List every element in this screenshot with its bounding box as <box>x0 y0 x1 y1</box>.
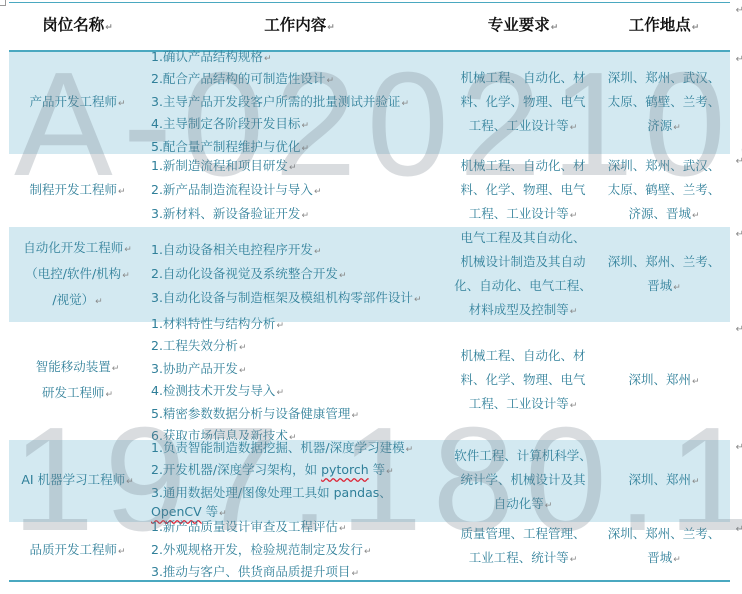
paragraph-mark: ↵ <box>673 123 681 133</box>
cell-line: 3.主导产品开发段客户所需的批量测试并验证↵ <box>151 92 448 115</box>
location-cell: 深圳、郑州、兰考、晋城↵ <box>598 227 730 322</box>
cell-text: 质量管理、工程管理、 <box>460 526 585 541</box>
cell-line: 料、化学、物理、电气 <box>460 368 585 392</box>
requirements-cell: 机械工程、自动化、材料、化学、物理、电气工程、工业设计等↵ <box>448 52 598 154</box>
cell-line: 深圳、郑州、兰考、 <box>608 522 721 546</box>
paragraph-mark: ↵ <box>570 211 578 221</box>
paragraph-mark: ↵ <box>239 343 247 353</box>
cell-text: 太原、鹤壁、兰考、 <box>608 94 721 109</box>
position-cell: 品质开发工程师↵ <box>9 522 146 580</box>
cell-text: 济源、晋城 <box>628 206 691 221</box>
cell-line: 工程、工业设计等↵ <box>469 202 578 228</box>
cell-text: 2.工程失效分析 <box>151 338 238 353</box>
cell-line: 深圳、郑州、武汉、 <box>608 154 721 178</box>
cell-text: /视觉） <box>52 292 94 307</box>
row-end-mark: ↵ <box>736 5 742 17</box>
paragraph-mark: ↵ <box>351 411 359 421</box>
position-cell: 自动化开发工程师↵（电控/软件/机构↵/视觉）↵ <box>9 227 146 322</box>
cell-line: 太原、鹤壁、兰考、 <box>608 90 721 114</box>
table-row: 智能移动装置↵研发工程师↵1.材料特性与结构分析↵2.工程失效分析↵3.协助产品… <box>9 322 730 440</box>
cell-text: 工业工程、统计等 <box>469 550 569 565</box>
cell-line: 制程开发工程师↵ <box>29 178 125 204</box>
cell-text: 3.新材料、新设备验证开发 <box>151 206 300 221</box>
cell-line: 2.外观规格开发，检验规范制定及发行↵ <box>151 540 448 563</box>
cell-text: 机械工程、自动化、材 <box>460 158 585 173</box>
header-position: 岗位名称↵ <box>9 13 146 40</box>
content-cell: 1.新产品质量设计审查及工程评估↵2.外观规格开发，检验规范制定及发行↵3.推动… <box>146 522 448 580</box>
location-cell: 深圳、郑州、兰考、晋城↵ <box>598 522 730 580</box>
paragraph-mark: ↵ <box>692 211 700 221</box>
cell-line: 电气工程及其自动化、 <box>460 226 585 250</box>
cell-line: 自动化等↵ <box>494 492 553 518</box>
cell-text: 材料成型及控制等 <box>469 302 569 317</box>
cell-line: 深圳、郑州、武汉、 <box>608 66 721 90</box>
paragraph-mark: ↵ <box>301 121 309 131</box>
location-cell: 深圳、郑州、武汉、太原、鹤壁、兰考、济源、晋城↵ <box>598 154 730 227</box>
paragraph-mark: ↵ <box>239 366 247 376</box>
cell-line: AI 机器学习工程师↵ <box>21 468 133 494</box>
cell-text: 4.主导制定各阶段开发目标 <box>151 116 300 131</box>
cell-line: 深圳、郑州↵ <box>628 368 699 394</box>
requirements-cell: 机械工程、自动化、材料、化学、物理、电气工程、工业设计等↵ <box>448 322 598 440</box>
cell-line: 晋城↵ <box>647 274 681 300</box>
cell-line: 机械设计制造及其自动 <box>460 250 585 274</box>
cell-line: 济源↵ <box>647 114 681 140</box>
cell-line: 晋城↵ <box>647 546 681 572</box>
cell-line: 4.主导制定各阶段开发目标↵ <box>151 114 448 137</box>
cell-text: 3.推动与客户、供货商品质提升项目 <box>151 564 350 579</box>
cell-line: 1.确认产品结构规格↵ <box>151 47 448 70</box>
requirements-cell: 电气工程及其自动化、机械设计制造及其自动化、自动化、电气工程、材料成型及控制等↵ <box>448 227 598 322</box>
row-end-mark: ↵ <box>736 229 742 241</box>
cell-text: 化、自动化、电气工程、 <box>454 278 592 293</box>
paragraph-mark: ↵ <box>314 187 322 197</box>
cell-line: 深圳、郑州↵ <box>628 468 699 494</box>
cell-text: 晋城 <box>647 550 672 565</box>
cell-line: （电控/软件/机构↵ <box>25 262 129 288</box>
cell-text: 制程开发工程师 <box>29 182 117 197</box>
paragraph-mark: ↵ <box>570 123 578 133</box>
cell-text: 2.自动化设备视觉及系统整合开发 <box>151 266 338 281</box>
paragraph-mark: ↵ <box>326 76 334 86</box>
cell-text: 机械设计制造及其自动 <box>460 254 585 269</box>
cell-text: 品质开发工程师 <box>29 542 117 557</box>
cell-text: 自动化等 <box>494 496 544 511</box>
position-cell: AI 机器学习工程师↵ <box>9 440 146 522</box>
cell-line: 软件工程、计算机科学、 <box>454 444 592 468</box>
cell-text: 深圳、郑州、兰考、 <box>608 526 721 541</box>
cell-line: 太原、鹤壁、兰考、 <box>608 178 721 202</box>
paragraph-mark: ↵ <box>386 467 394 477</box>
table-row: 自动化开发工程师↵（电控/软件/机构↵/视觉）↵1.自动设备相关电控程序开发↵2… <box>9 227 730 322</box>
cell-text: 济源 <box>647 118 672 133</box>
cell-line: 3.新材料、新设备验证开发↵ <box>151 203 448 227</box>
paragraph-mark: ↵ <box>112 364 120 374</box>
table-row: AI 机器学习工程师↵1.负责智能制造数据挖掘、机器/深度学习建模↵2.开发机器… <box>9 440 730 522</box>
cell-text: （电控/软件/机构 <box>25 266 121 281</box>
cell-text: 3.主导产品开发段客户所需的批量测试并验证 <box>151 94 400 109</box>
cell-text: 2.外观规格开发，检验规范制定及发行 <box>151 542 363 557</box>
requirements-cell: 软件工程、计算机科学、统计学、机械设计及其自动化等↵ <box>448 440 598 522</box>
cell-text: 2.新产品制造流程设计与导入 <box>151 182 313 197</box>
content-cell: 1.新制造流程和项目研发↵2.新产品制造流程设计与导入↵3.新材料、新设备验证开… <box>146 154 448 227</box>
cell-text: 晋城 <box>647 278 672 293</box>
cell-text: 3.通用数据处理/图像处理工具如 pandas、 <box>151 485 392 500</box>
content-cell: 1.确认产品结构规格↵2.配合产品结构的可制造性设计↵3.主导产品开发段客户所需… <box>146 52 448 154</box>
cell-text: 智能移动装置 <box>36 359 111 374</box>
cell-text: 1.确认产品结构规格 <box>151 49 263 64</box>
content-cell: 1.负责智能制造数据挖掘、机器/深度学习建模↵2.开发机器/深度学习架构，如 p… <box>146 440 448 522</box>
cell-line: 3.自动化设备与制造框架及模組机构零部件设计↵ <box>151 287 448 311</box>
paragraph-mark: ↵ <box>692 477 700 487</box>
header-content: 工作内容↵ <box>146 13 448 40</box>
job-table: 岗位名称↵ 工作内容↵ 专业要求↵ 工作地点↵ ↵ 产品开发工程师↵1.确认产品… <box>9 2 730 582</box>
cell-line: 机械工程、自动化、材 <box>460 66 585 90</box>
content-cell: 1.自动设备相关电控程序开发↵2.自动化设备视觉及系统整合开发↵3.自动化设备与… <box>146 227 448 322</box>
cell-text: 料、化学、物理、电气 <box>460 182 585 197</box>
cell-text: 深圳、郑州、武汉、 <box>608 158 721 173</box>
paragraph-mark: ↵ <box>122 271 130 281</box>
cell-line: 料、化学、物理、电气 <box>460 178 585 202</box>
position-cell: 制程开发工程师↵ <box>9 154 146 227</box>
cell-line: 统计学、机械设计及其 <box>460 468 585 492</box>
paragraph-mark: ↵ <box>570 555 578 565</box>
paragraph-mark: ↵ <box>126 477 134 487</box>
cell-line: 工程、工业设计等↵ <box>469 114 578 140</box>
row-end-mark: ↵ <box>736 54 742 66</box>
cell-line: 工业工程、统计等↵ <box>469 546 578 572</box>
cell-text: 1.自动设备相关电控程序开发 <box>151 242 313 257</box>
paragraph-mark: ↵ <box>339 271 347 281</box>
table-row: 制程开发工程师↵1.新制造流程和项目研发↵2.新产品制造流程设计与导入↵3.新材… <box>9 154 730 227</box>
row-end-mark: ↵ <box>736 442 742 454</box>
location-cell: 深圳、郑州↵ <box>598 440 730 522</box>
page-corner-mark <box>0 0 6 6</box>
cell-line: 2.工程失效分析↵ <box>151 336 448 359</box>
cell-text: 料、化学、物理、电气 <box>460 372 585 387</box>
paragraph-mark: ↵ <box>673 283 681 293</box>
cell-line: 料、化学、物理、电气 <box>460 90 585 114</box>
cell-text: 工程、工业设计等 <box>469 206 569 221</box>
paragraph-mark: ↵ <box>118 547 126 557</box>
row-end-mark: ↵ <box>736 524 742 536</box>
cell-text: 1.材料特性与结构分析 <box>151 316 275 331</box>
cell-line: 4.检测技术开发与导入↵ <box>151 381 448 404</box>
cell-text: 工程、工业设计等 <box>469 396 569 411</box>
cell-text: 软件工程、计算机科学、 <box>454 448 592 463</box>
paragraph-mark: ↵ <box>364 547 372 557</box>
cell-text: 深圳、郑州、兰考、 <box>608 254 721 269</box>
paragraph-mark: ↵ <box>570 401 578 411</box>
cell-line: 化、自动化、电气工程、 <box>454 274 592 298</box>
cell-text: 电气工程及其自动化、 <box>460 230 585 245</box>
cell-line: 智能移动装置↵ <box>36 355 120 381</box>
cell-line: 2.新产品制造流程设计与导入↵ <box>151 179 448 203</box>
requirements-cell: 质量管理、工程管理、工业工程、统计等↵ <box>448 522 598 580</box>
cell-line: 深圳、郑州、兰考、 <box>608 250 721 274</box>
cell-line: 工程、工业设计等↵ <box>469 392 578 418</box>
cell-text: 太原、鹤壁、兰考、 <box>608 182 721 197</box>
paragraph-mark: ↵ <box>545 501 553 511</box>
cell-text: 3.自动化设备与制造框架及模組机构零部件设计 <box>151 290 413 305</box>
cell-line: 2.自动化设备视觉及系统整合开发↵ <box>151 263 448 287</box>
paragraph-mark: ↵ <box>118 187 126 197</box>
paragraph-mark: ↵ <box>692 377 700 387</box>
cell-line: 1.负责智能制造数据挖掘、机器/深度学习建模↵ <box>151 438 448 461</box>
cell-line: 品质开发工程师↵ <box>29 538 125 564</box>
cell-text: 深圳、郑州 <box>628 372 691 387</box>
cell-line: 3.通用数据处理/图像处理工具如 pandas、 <box>151 483 448 503</box>
paragraph-mark: ↵ <box>301 144 309 154</box>
paragraph-mark: ↵ <box>414 295 422 305</box>
spellcheck-word: pytorch <box>321 462 369 477</box>
cell-line: 5.精密参数数据分析与设备健康管理↵ <box>151 404 448 427</box>
cell-line: 2.配合产品结构的可制造性设计↵ <box>151 69 448 92</box>
cell-text: 5.配合量产制程维护与优化 <box>151 139 300 154</box>
paragraph-mark: ↵ <box>351 569 359 579</box>
cell-line: 1.材料特性与结构分析↵ <box>151 314 448 337</box>
cell-text: 深圳、郑州、武汉、 <box>608 70 721 85</box>
paragraph-mark: ↵ <box>118 99 126 109</box>
table-row: 品质开发工程师↵1.新产品质量设计审查及工程评估↵2.外观规格开发，检验规范制定… <box>9 522 730 580</box>
cell-line: 1.新产品质量设计审查及工程评估↵ <box>151 517 448 540</box>
cell-text: 1.新制造流程和项目研发 <box>151 158 288 173</box>
cell-line: 1.新制造流程和项目研发↵ <box>151 155 448 179</box>
cell-text: 产品开发工程师 <box>29 94 117 109</box>
cell-text: 统计学、机械设计及其 <box>460 472 585 487</box>
location-cell: 深圳、郑州↵ <box>598 322 730 440</box>
cell-line: 质量管理、工程管理、 <box>460 522 585 546</box>
paragraph-mark: ↵ <box>570 307 578 317</box>
table-header-row: 岗位名称↵ 工作内容↵ 专业要求↵ 工作地点↵ ↵ <box>9 3 730 52</box>
cell-text: AI 机器学习工程师 <box>21 472 125 487</box>
cell-text: 研发工程师 <box>42 385 105 400</box>
header-location: 工作地点↵ <box>598 13 730 40</box>
cell-text: 1.新产品质量设计审查及工程评估 <box>151 519 338 534</box>
paragraph-mark: ↵ <box>105 390 113 400</box>
paragraph-mark: ↵ <box>673 555 681 565</box>
cell-line: /视觉）↵ <box>52 288 102 314</box>
cell-line: 机械工程、自动化、材 <box>460 154 585 178</box>
row-end-mark: ↵ <box>736 156 742 168</box>
content-cell: 1.材料特性与结构分析↵2.工程失效分析↵3.协助产品开发↵4.检测技术开发与导… <box>146 322 448 440</box>
cell-line: 3.推动与客户、供货商品质提升项目↵ <box>151 562 448 585</box>
cell-text: 自动化开发工程师 <box>23 240 123 255</box>
cell-text: 2.配合产品结构的可制造性设计 <box>151 71 325 86</box>
cell-text: 2.开发机器/深度学习架构，如 pytorch 等 <box>151 462 385 477</box>
location-cell: 深圳、郑州、武汉、太原、鹤壁、兰考、济源↵ <box>598 52 730 154</box>
table-row: 产品开发工程师↵1.确认产品结构规格↵2.配合产品结构的可制造性设计↵3.主导产… <box>9 52 730 154</box>
cell-text: 3.协助产品开发 <box>151 361 238 376</box>
cell-line: 3.协助产品开发↵ <box>151 359 448 382</box>
cell-line: 产品开发工程师↵ <box>29 90 125 116</box>
cell-line: 研发工程师↵ <box>42 381 113 407</box>
cell-text: 料、化学、物理、电气 <box>460 94 585 109</box>
cell-line: 机械工程、自动化、材 <box>460 344 585 368</box>
row-end-mark: ↵ <box>736 324 742 336</box>
paragraph-mark: ↵ <box>406 445 414 455</box>
position-cell: 产品开发工程师↵ <box>9 52 146 154</box>
cell-text: 4.检测技术开发与导入 <box>151 383 275 398</box>
table-body: 产品开发工程师↵1.确认产品结构规格↵2.配合产品结构的可制造性设计↵3.主导产… <box>9 52 730 580</box>
position-cell: 智能移动装置↵研发工程师↵ <box>9 322 146 440</box>
paragraph-mark: ↵ <box>264 54 272 64</box>
cell-text: 5.精密参数数据分析与设备健康管理 <box>151 406 350 421</box>
paragraph-mark: ↵ <box>314 247 322 257</box>
paragraph-mark: ↵ <box>289 163 297 173</box>
paragraph-mark: ↵ <box>301 211 309 221</box>
header-requirements: 专业要求↵ <box>448 13 598 40</box>
paragraph-mark: ↵ <box>276 388 284 398</box>
paragraph-mark: ↵ <box>339 524 347 534</box>
paragraph-mark: ↵ <box>124 245 132 255</box>
cell-line: 1.自动设备相关电控程序开发↵ <box>151 239 448 263</box>
paragraph-mark: ↵ <box>95 297 103 307</box>
paragraph-mark: ↵ <box>401 99 409 109</box>
paragraph-mark: ↵ <box>276 321 284 331</box>
cell-line: 2.开发机器/深度学习架构，如 pytorch 等↵ <box>151 460 448 483</box>
cell-text: 机械工程、自动化、材 <box>460 348 585 363</box>
requirements-cell: 机械工程、自动化、材料、化学、物理、电气工程、工业设计等↵ <box>448 154 598 227</box>
cell-line: 材料成型及控制等↵ <box>469 298 578 324</box>
cell-line: 济源、晋城↵ <box>628 202 699 228</box>
cell-text: 深圳、郑州 <box>628 472 691 487</box>
cell-text: 机械工程、自动化、材 <box>460 70 585 85</box>
cell-line: 自动化开发工程师↵ <box>23 236 132 262</box>
cell-text: 工程、工业设计等 <box>469 118 569 133</box>
cell-text: 1.负责智能制造数据挖掘、机器/深度学习建模 <box>151 440 405 455</box>
